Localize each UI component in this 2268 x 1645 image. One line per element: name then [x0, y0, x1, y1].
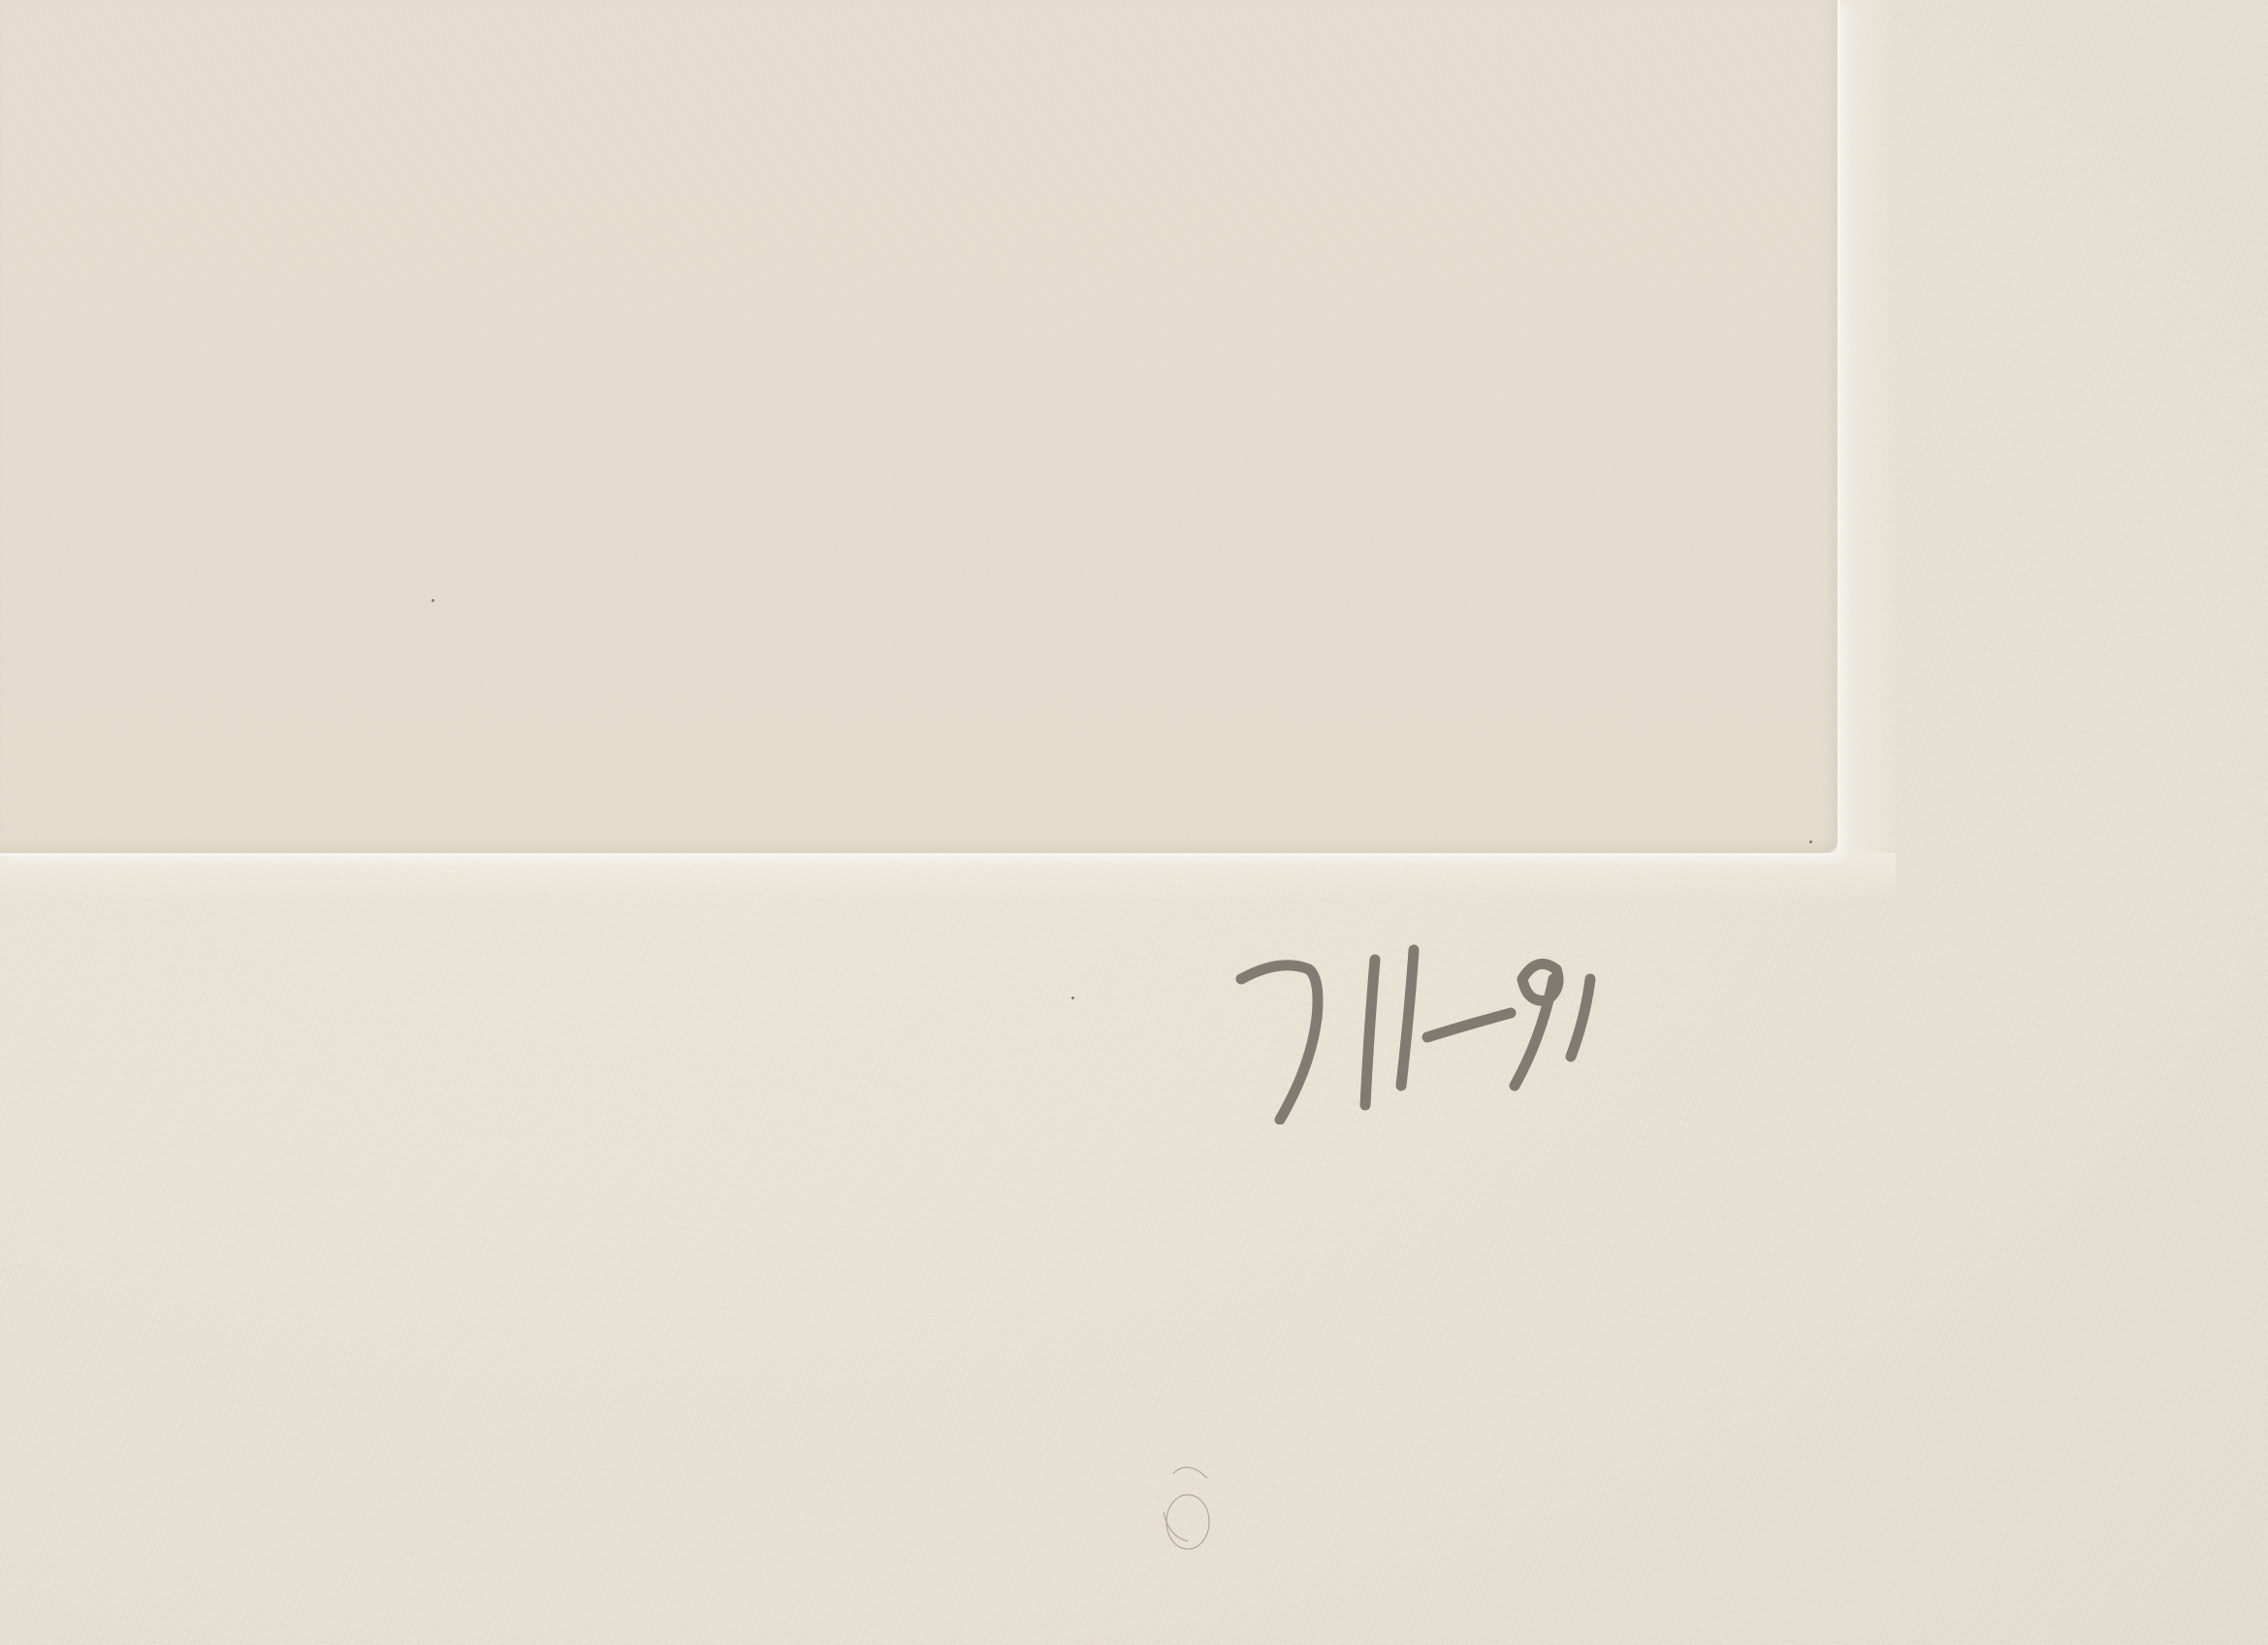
- pencil-inscription: JH-91: [1202, 911, 1648, 1124]
- pencil-signature-icon: [1202, 911, 1648, 1124]
- plate-mark-right-edge: [1837, 0, 1896, 853]
- paper-speck: [1809, 840, 1812, 843]
- plate-mark-area: [0, 0, 1840, 856]
- paper-sheet: JH-91: [0, 0, 2268, 1645]
- paper-speck: [1071, 996, 1074, 999]
- plate-mark-bottom-edge: [0, 853, 1896, 902]
- paper-speck: [431, 599, 434, 602]
- paper-fiber-curl: [1134, 1454, 1231, 1561]
